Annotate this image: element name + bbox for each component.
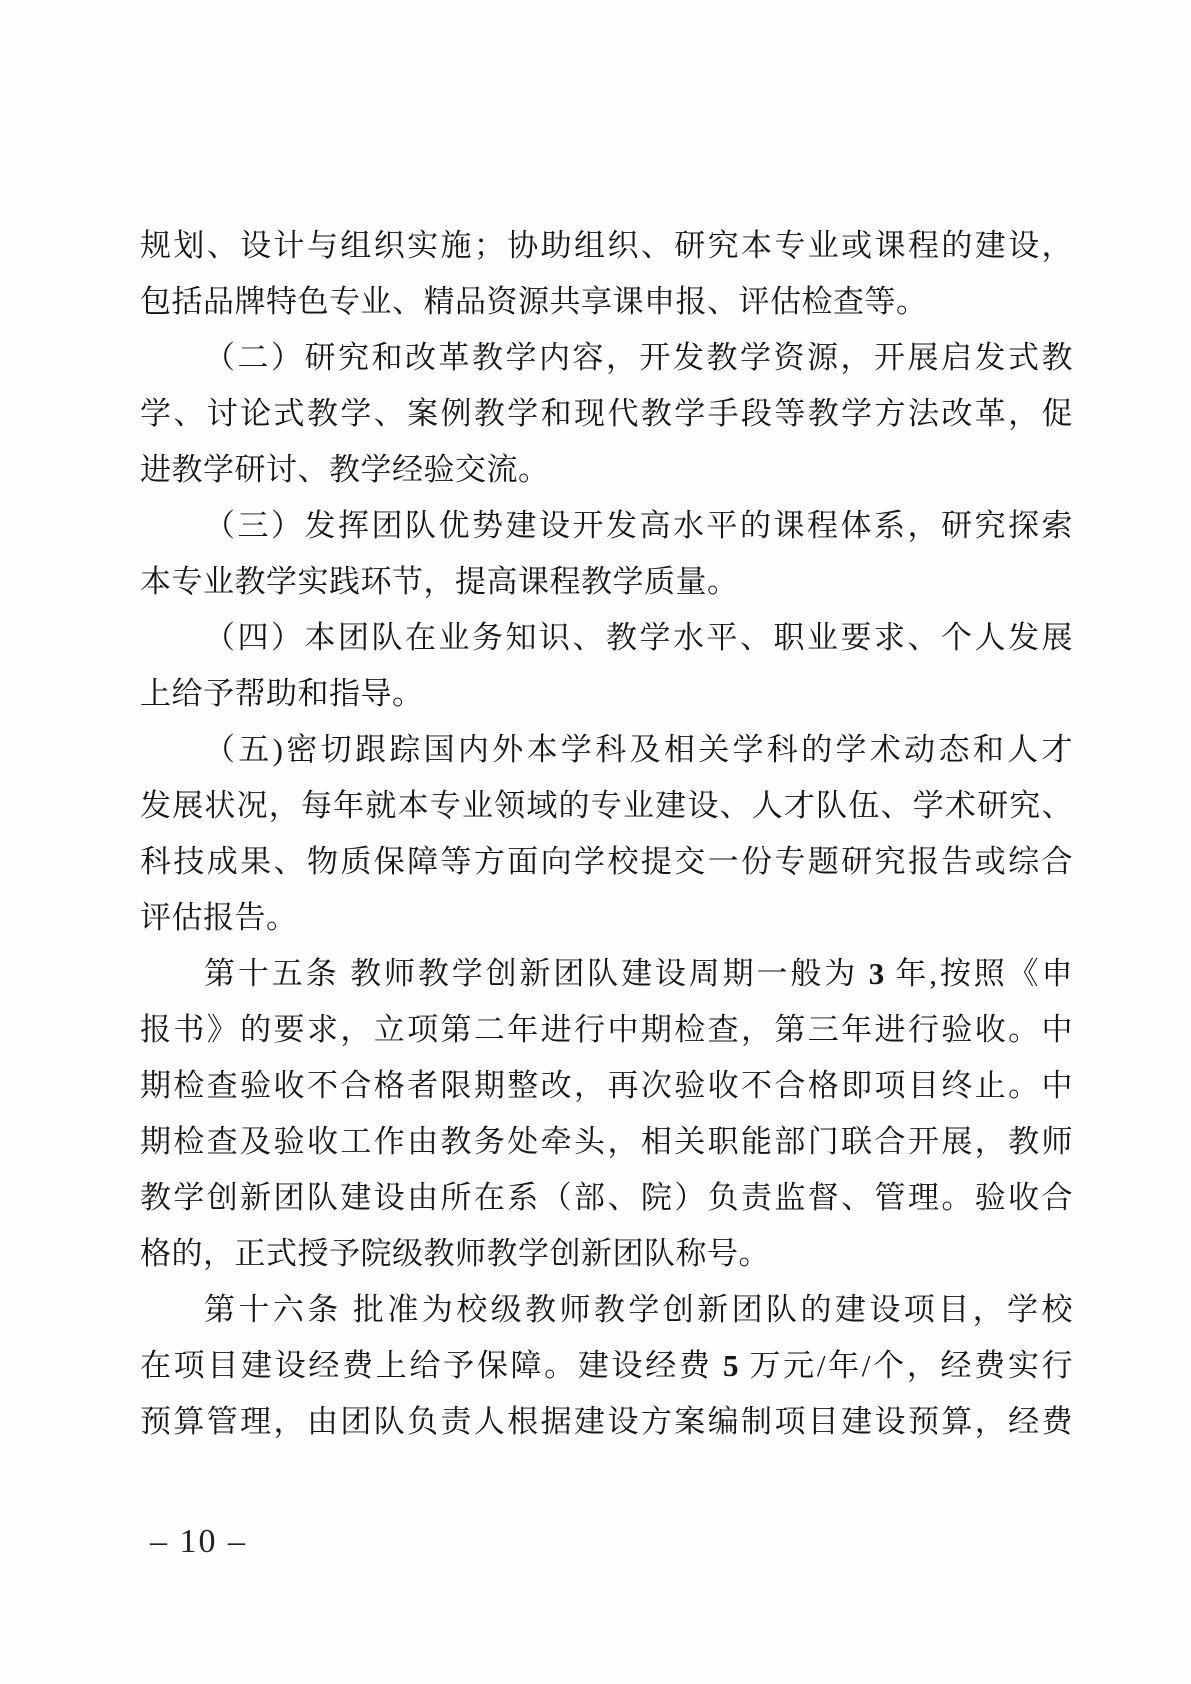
text-line: 第十六条 批准为校级教师教学创新团队的建设项目，学校 — [140, 1282, 1073, 1338]
text-segment: 学、讨论式教学、案例教学和现代教学手段等教学方法改革，促 — [140, 396, 1073, 431]
bold-number: 5 — [723, 1348, 739, 1383]
text-line: 上给予帮助和指导。 — [140, 666, 1073, 722]
text-line: 规划、设计与组织实施；协助组织、研究本专业或课程的建设， — [140, 218, 1073, 274]
text-segment: 年,按照《申 — [885, 956, 1073, 991]
text-segment: 评估报告。 — [140, 900, 298, 935]
text-line: 包括品牌特色专业、精品资源共享课申报、评估检查等。 — [140, 274, 1073, 330]
text-line: 期检查及验收工作由教务处牵头，相关职能部门联合开展，教师 — [140, 1114, 1073, 1170]
text-line: （三）发挥团队优势建设开发高水平的课程体系，研究探索 — [140, 498, 1073, 554]
text-line: 在项目建设经费上给予保障。建设经费 5 万元/年/个，经费实行 — [140, 1338, 1073, 1394]
text-line: （四）本团队在业务知识、教学水平、职业要求、个人发展 — [140, 610, 1073, 666]
text-segment: （二）研究和改革教学内容，开发教学资源，开展启发式教 — [204, 340, 1073, 375]
text-segment: 第十六条 批准为校级教师教学创新团队的建设项目，学校 — [204, 1292, 1073, 1327]
text-segment: 第十五条 教师教学创新团队建设周期一般为 — [204, 956, 869, 991]
text-line: 预算管理，由团队负责人根据建设方案编制项目建设预算，经费 — [140, 1394, 1073, 1450]
text-segment: 教学创新团队建设由所在系（部、院）负责监督、管理。验收合 — [140, 1180, 1073, 1215]
text-line: 教学创新团队建设由所在系（部、院）负责监督、管理。验收合 — [140, 1170, 1073, 1226]
bold-number: 3 — [869, 956, 885, 991]
text-segment: （五)密切跟踪国内外本学科及相关学科的学术动态和人才 — [204, 732, 1073, 767]
document-page: 规划、设计与组织实施；协助组织、研究本专业或课程的建设，包括品牌特色专业、精品资… — [0, 0, 1191, 1684]
text-segment: （三）发挥团队优势建设开发高水平的课程体系，研究探索 — [204, 508, 1073, 543]
page-number: – 10 – — [150, 1522, 247, 1562]
text-line: （二）研究和改革教学内容，开发教学资源，开展启发式教 — [140, 330, 1073, 386]
text-line: 评估报告。 — [140, 890, 1073, 946]
text-segment: 进教学研讨、教学经验交流。 — [140, 452, 550, 487]
text-segment: 上给予帮助和指导。 — [140, 676, 424, 711]
text-segment: 格的，正式授予院级教师教学创新团队称号。 — [140, 1236, 770, 1271]
text-line: 第十五条 教师教学创新团队建设周期一般为 3 年,按照《申 — [140, 946, 1073, 1002]
text-line: （五)密切跟踪国内外本学科及相关学科的学术动态和人才 — [140, 722, 1073, 778]
text-line: 报书》的要求，立项第二年进行中期检查，第三年进行验收。中 — [140, 1002, 1073, 1058]
text-segment: 在项目建设经费上给予保障。建设经费 — [140, 1348, 723, 1383]
text-segment: 包括品牌特色专业、精品资源共享课申报、评估检查等。 — [140, 284, 928, 319]
text-line: 科技成果、物质保障等方面向学校提交一份专题研究报告或综合 — [140, 834, 1073, 890]
text-line: 学、讨论式教学、案例教学和现代教学手段等教学方法改革，促 — [140, 386, 1073, 442]
text-segment: 预算管理，由团队负责人根据建设方案编制项目建设预算，经费 — [140, 1404, 1073, 1439]
text-segment: （四）本团队在业务知识、教学水平、职业要求、个人发展 — [204, 620, 1073, 655]
text-segment: 科技成果、物质保障等方面向学校提交一份专题研究报告或综合 — [140, 844, 1073, 879]
text-line: 发展状况，每年就本专业领域的专业建设、人才队伍、学术研究、 — [140, 778, 1073, 834]
text-segment: 发展状况，每年就本专业领域的专业建设、人才队伍、学术研究、 — [140, 788, 1073, 823]
text-segment: 万元/年/个，经费实行 — [739, 1348, 1073, 1383]
document-body: 规划、设计与组织实施；协助组织、研究本专业或课程的建设，包括品牌特色专业、精品资… — [140, 218, 1073, 1450]
text-line: 格的，正式授予院级教师教学创新团队称号。 — [140, 1226, 1073, 1282]
text-line: 本专业教学实践环节，提高课程教学质量。 — [140, 554, 1073, 610]
text-segment: 报书》的要求，立项第二年进行中期检查，第三年进行验收。中 — [140, 1012, 1073, 1047]
text-segment: 期检查及验收工作由教务处牵头，相关职能部门联合开展，教师 — [140, 1124, 1073, 1159]
text-line: 进教学研讨、教学经验交流。 — [140, 442, 1073, 498]
text-line: 期检查验收不合格者限期整改，再次验收不合格即项目终止。中 — [140, 1058, 1073, 1114]
text-segment: 期检查验收不合格者限期整改，再次验收不合格即项目终止。中 — [140, 1068, 1073, 1103]
text-segment: 规划、设计与组织实施；协助组织、研究本专业或课程的建设， — [140, 228, 1073, 263]
text-segment: 本专业教学实践环节，提高课程教学质量。 — [140, 564, 739, 599]
